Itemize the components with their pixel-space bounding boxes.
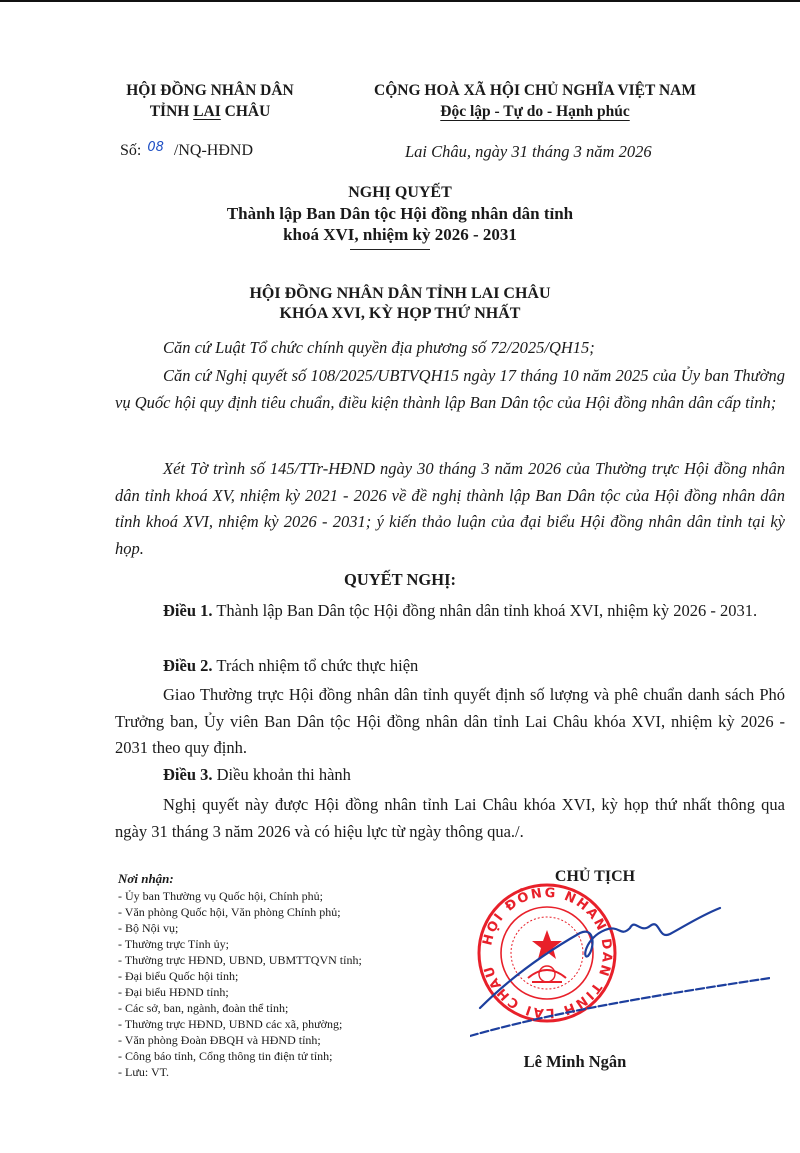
recipient-item: Công báo tỉnh, Cổng thông tin điện tử tỉ… <box>118 1048 448 1064</box>
signer-name: Lê Minh Ngân <box>480 1052 670 1072</box>
recipient-item: Thường trực Tỉnh ủy; <box>118 936 448 952</box>
national-motto: Độc lập - Tự do - Hạnh phúc <box>440 103 629 120</box>
official-seal-and-signature: HỘI ĐỒNG NHÂN DÂN TỈNH LAI CHÂU <box>470 878 770 1048</box>
signature-icon <box>470 908 770 1036</box>
issuer-line1: HỘI ĐỒNG NHÂN DÂN <box>100 80 320 101</box>
nation-name: CỘNG HOÀ XÃ HỘI CHỦ NGHĨA VIỆT NAM <box>325 80 745 101</box>
national-heading: CỘNG HOÀ XÃ HỘI CHỦ NGHĨA VIỆT NAM Độc l… <box>325 80 745 122</box>
article-2-heading: Điều 2. Trách nhiệm tổ chức thực hiện <box>115 653 785 680</box>
document-type: NGHỊ QUYẾT <box>0 182 800 203</box>
issuer-line2: TỈNH LAI CHÂU <box>100 101 320 122</box>
preamble-item: Căn cứ Luật Tổ chức chính quyền địa phươ… <box>115 335 785 362</box>
recipients-items: Ủy ban Thường vụ Quốc hội, Chính phủ;Văn… <box>118 888 448 1080</box>
recipient-item: Thường trực HĐND, UBND các xã, phường; <box>118 1016 448 1032</box>
recipient-item: Thường trực HĐND, UBND, UBMTTQVN tỉnh; <box>118 952 448 968</box>
council-heading: HỘI ĐỒNG NHÂN DÂN TỈNH LAI CHÂU KHÓA XVI… <box>0 284 800 324</box>
handwritten-number: 08 <box>147 140 164 155</box>
article-3-body: Nghị quyết này được Hội đồng nhân tỉnh L… <box>115 792 785 845</box>
recipient-item: Đại biểu HĐND tỉnh; <box>118 984 448 1000</box>
recipients-list: Nơi nhận: Ủy ban Thường vụ Quốc hội, Chí… <box>118 871 448 1080</box>
document-title: NGHỊ QUYẾT Thành lập Ban Dân tộc Hội đồn… <box>0 182 800 245</box>
document-number: Số:08/NQ-HĐND <box>120 142 253 160</box>
article-1: Điều 1. Thành lập Ban Dân tộc Hội đồng n… <box>115 598 785 625</box>
preamble-item: Căn cứ Nghị quyết số 108/2025/UBTVQH15 n… <box>115 363 785 416</box>
recipient-item: Ủy ban Thường vụ Quốc hội, Chính phủ; <box>118 888 448 904</box>
article-3-heading: Điều 3. Diều khoản thi hành <box>115 762 785 789</box>
recipient-item: Văn phòng Quốc hội, Văn phòng Chính phủ; <box>118 904 448 920</box>
document-subject-line1: Thành lập Ban Dân tộc Hội đồng nhân dân … <box>0 203 800 224</box>
document-subject-line2: khoá XVI, nhiệm kỳ 2026 - 2031 <box>0 224 800 245</box>
place-and-date: Lai Châu, ngày 31 tháng 3 năm 2026 <box>405 142 652 162</box>
recipient-item: Các sở, ban, ngành, đoàn thể tỉnh; <box>118 1000 448 1016</box>
article-2-body: Giao Thường trực Hội đồng nhân dân tỉnh … <box>115 682 785 762</box>
recipients-heading: Nơi nhận: <box>118 871 448 887</box>
issuing-authority: HỘI ĐỒNG NHÂN DÂN TỈNH LAI CHÂU <box>100 80 320 122</box>
recipient-item: Lưu: VT. <box>118 1064 448 1080</box>
recipient-item: Văn phòng Đoàn ĐBQH và HĐND tỉnh; <box>118 1032 448 1048</box>
recipient-item: Đại biểu Quốc hội tỉnh; <box>118 968 448 984</box>
title-divider <box>350 249 430 250</box>
recipient-item: Bộ Nội vụ; <box>118 920 448 936</box>
decision-heading: QUYẾT NGHỊ: <box>0 570 800 590</box>
preamble-item: Xét Tờ trình số 145/TTr-HĐND ngày 30 thá… <box>115 456 785 562</box>
